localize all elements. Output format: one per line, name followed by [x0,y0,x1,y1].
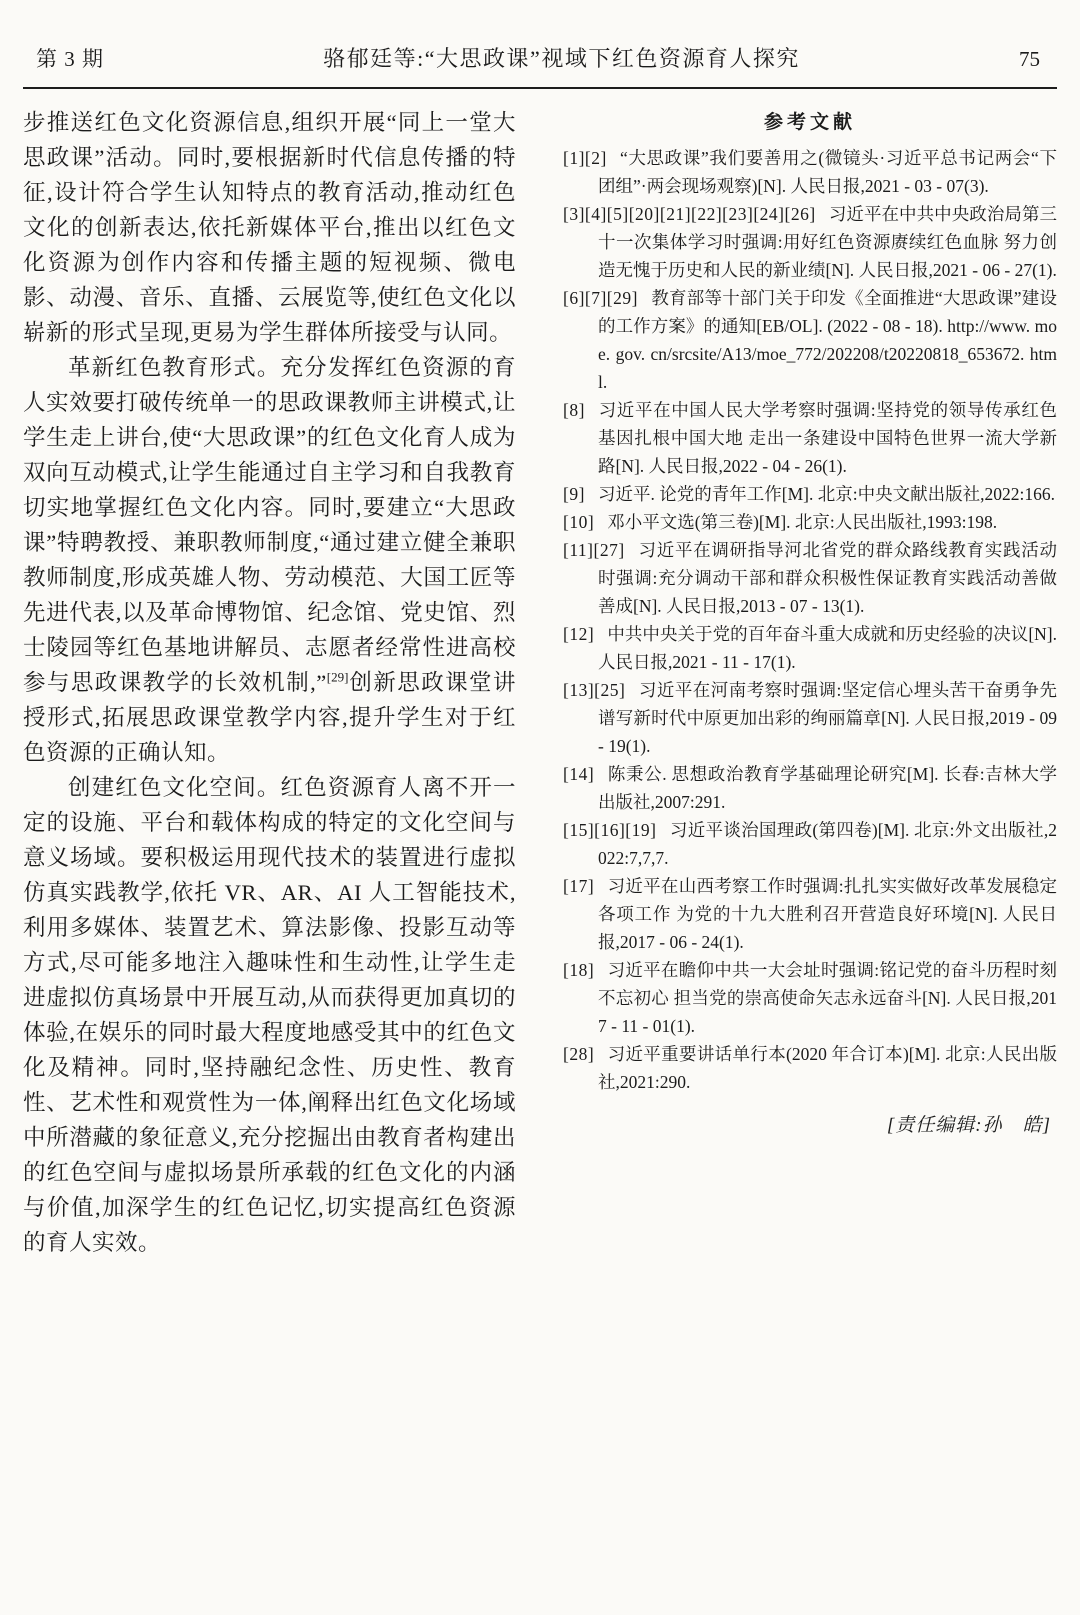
reference-item: [28]习近平重要讲话单行本(2020 年合订本)[M]. 北京:人民出版社,2… [563,1040,1057,1096]
reference-text: 中共中央关于党的百年奋斗重大成就和历史经验的决议[N]. 人民日报,2021 -… [598,624,1057,672]
reference-label: [1][2] [563,148,607,168]
reference-text: 邓小平文选(第三卷)[M]. 北京:人民出版社,1993:198. [607,512,997,532]
reference-label: [13][25] [563,680,625,700]
paragraph-text: 革新红色教育形式。充分发挥红色资源的育人实效要打破传统单一的思政课教师主讲模式,… [23,355,516,695]
reference-label: [18] [563,960,594,980]
reference-item: [14]陈秉公. 思想政治教育学基础理论研究[M]. 长春:吉林大学出版社,20… [563,760,1057,816]
reference-text: 习近平. 论党的青年工作[M]. 北京:中央文献出版社,2022:166. [598,484,1055,504]
reference-label: [8] [563,400,585,420]
article-column: 步推送红色文化资源信息,组织开展“同上一堂大思政课”活动。同时,要根据新时代信息… [23,105,516,1260]
reference-text: 习近平重要讲话单行本(2020 年合订本)[M]. 北京:人民出版社,2021:… [598,1044,1057,1092]
reference-label: [14] [563,764,594,784]
reference-item: [11][27]习近平在调研指导河北省党的群众路线教育实践活动时强调:充分调动干… [563,536,1057,620]
reference-label: [3][4][5][20][21][22][23][24][26] [563,204,816,224]
reference-text: “大思政课”我们要善用之(微镜头·习近平总书记两会“下团组”·两会现场观察)[N… [598,148,1057,196]
page-number: 75 [1019,47,1056,72]
reference-item: [6][7][29]教育部等十部门关于印发《全面推进“大思政课”建设的工作方案》… [563,284,1057,396]
reference-item: [8]习近平在中国人民大学考察时强调:坚持党的领导传承红色基因扎根中国大地 走出… [563,396,1057,480]
reference-text: 习近平在瞻仰中共一大会址时强调:铭记党的奋斗历程时刻不忘初心 担当党的崇高使命矢… [598,960,1057,1036]
reference-item: [12]中共中央关于党的百年奋斗重大成就和历史经验的决议[N]. 人民日报,20… [563,620,1057,676]
reference-text: 教育部等十部门关于印发《全面推进“大思政课”建设的工作方案》的通知[EB/OL]… [598,288,1057,392]
issue-label: 第 3 期 [36,43,104,73]
reference-text: 习近平在河南考察时强调:坚定信心埋头苦干奋勇争先 谱写新时代中原更加出彩的绚丽篇… [598,680,1057,756]
reference-label: [17] [563,876,594,896]
reference-label: [9] [563,484,585,504]
reference-label: [12] [563,624,594,644]
reference-item: [1][2]“大思政课”我们要善用之(微镜头·习近平总书记两会“下团组”·两会现… [563,144,1057,200]
page-title: 骆郁廷等:“大思政课”视域下红色资源育人探究 [104,42,1019,73]
reference-label: [10] [563,512,594,532]
reference-item: [9]习近平. 论党的青年工作[M]. 北京:中央文献出版社,2022:166. [563,480,1057,508]
reference-item: [17]习近平在山西考察工作时强调:扎扎实实做好改革发展稳定各项工作 为党的十九… [563,872,1057,956]
references-column: 参考文献 [1][2]“大思政课”我们要善用之(微镜头·习近平总书记两会“下团组… [563,105,1057,1260]
reference-item: [3][4][5][20][21][22][23][24][26]习近平在中共中… [563,200,1057,284]
citation-marker: [29] [327,670,349,685]
article-paragraph: 步推送红色文化资源信息,组织开展“同上一堂大思政课”活动。同时,要根据新时代信息… [23,105,516,350]
reference-text: 习近平谈治国理政(第四卷)[M]. 北京:外文出版社,2022:7,7,7. [598,820,1057,868]
journal-page: 第 3 期 骆郁廷等:“大思政课”视域下红色资源育人探究 75 步推送红色文化资… [0,0,1080,1615]
reference-text: 习近平在中国人民大学考察时强调:坚持党的领导传承红色基因扎根中国大地 走出一条建… [598,400,1057,476]
reference-label: [28] [563,1044,594,1064]
reference-text: 习近平在山西考察工作时强调:扎扎实实做好改革发展稳定各项工作 为党的十九大胜利召… [598,876,1057,952]
reference-label: [6][7][29] [563,288,638,308]
page-content: 步推送红色文化资源信息,组织开展“同上一堂大思政课”活动。同时,要根据新时代信息… [0,89,1080,1260]
responsible-editor: [责任编辑:孙 皓] [563,1110,1057,1137]
references-heading: 参考文献 [563,107,1057,134]
reference-item: [15][16][19]习近平谈治国理政(第四卷)[M]. 北京:外文出版社,2… [563,816,1057,872]
reference-text: 陈秉公. 思想政治教育学基础理论研究[M]. 长春:吉林大学出版社,2007:2… [598,764,1057,812]
reference-item: [13][25]习近平在河南考察时强调:坚定信心埋头苦干奋勇争先 谱写新时代中原… [563,676,1057,760]
reference-item: [18]习近平在瞻仰中共一大会址时强调:铭记党的奋斗历程时刻不忘初心 担当党的崇… [563,956,1057,1040]
article-paragraph: 创建红色文化空间。红色资源育人离不开一定的设施、平台和载体构成的特定的文化空间与… [23,770,516,1260]
reference-text: 习近平在调研指导河北省党的群众路线教育实践活动时强调:充分调动干部和群众积极性保… [598,540,1057,616]
reference-label: [11][27] [563,540,625,560]
reference-label: [15][16][19] [563,820,656,840]
reference-item: [10]邓小平文选(第三卷)[M]. 北京:人民出版社,1993:198. [563,508,1057,536]
article-paragraph: 革新红色教育形式。充分发挥红色资源的育人实效要打破传统单一的思政课教师主讲模式,… [23,350,516,770]
running-head: 第 3 期 骆郁廷等:“大思政课”视域下红色资源育人探究 75 [0,0,1080,73]
